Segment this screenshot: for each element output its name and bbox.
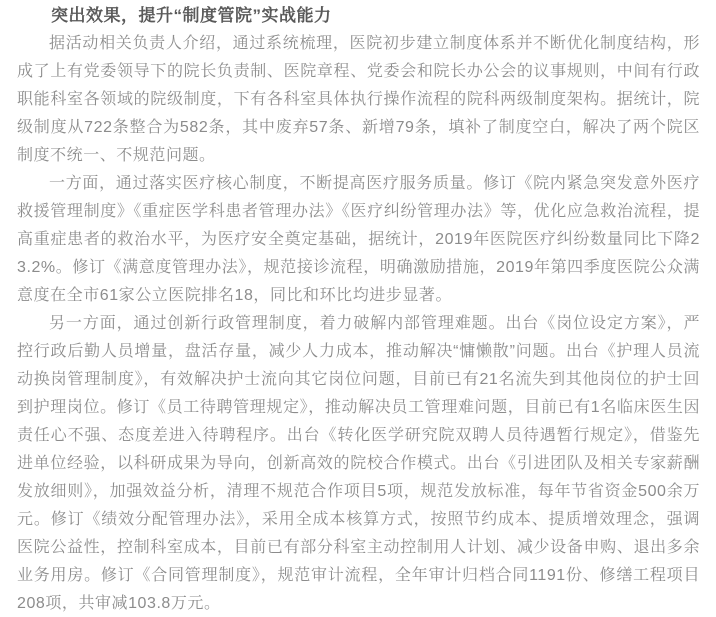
article-paragraph-1: 据活动相关负责人介绍，通过系统梳理，医院初步建立制度体系并不断优化制度结构，形成…	[17, 30, 700, 170]
article-title: 突出效果，提升“制度管院”实战能力	[17, 2, 700, 30]
article-paragraph-2: 一方面，通过落实医疗核心制度，不断提高医疗服务质量。修订《院内紧急突发意外医疗救…	[17, 170, 700, 310]
article: 突出效果，提升“制度管院”实战能力 据活动相关负责人介绍，通过系统梳理，医院初步…	[0, 0, 716, 617]
article-paragraph-3: 另一方面，通过创新行政管理制度，着力破解内部管理难题。出台《岗位设定方案》，严控…	[17, 310, 700, 617]
